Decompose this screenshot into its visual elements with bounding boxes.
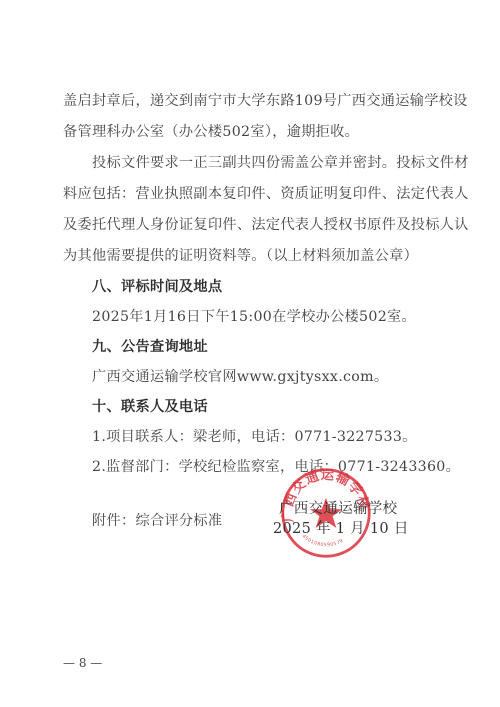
- section-heading-contact: 十、联系人及电话: [92, 398, 208, 416]
- paragraph-line: 盖启封章后，递交到南宁市大学东路109号广西交通运输学校设: [63, 92, 468, 110]
- section-heading-evaluation: 八、评标时间及地点: [92, 278, 222, 296]
- contact-project-text: 1.项目联系人：梁老师，电话：0771-3227533。: [92, 428, 417, 446]
- paragraph-line: 及委托代理人身份证复印件、法定代表人授权书原件及投标人认: [63, 216, 469, 234]
- paragraph-line: 料应包括：营业执照副本复印件、资质证明复印件、法定代表人: [63, 185, 469, 203]
- evaluation-time-text: 2025年1月16日下午15:00在学校办公楼502室。: [92, 308, 416, 326]
- paragraph-line: 备管理科办公室（办公楼502室），逾期拒收。: [63, 123, 359, 141]
- query-website-text: 广西交通运输学校官网www.gxjtysxx.com。: [92, 368, 388, 386]
- signature-organization: 广西交通运输学校: [279, 497, 397, 518]
- attachment-note: 附件：综合评分标准: [92, 512, 222, 530]
- paragraph-line: 为其他需要提供的证明资料等。（以上材料须加盖公章）: [63, 247, 418, 265]
- section-heading-query: 九、公告查询地址: [92, 338, 208, 356]
- contact-supervision-text: 2.监督部门：学校纪检监察室，电话：0771-3243360。: [92, 458, 460, 476]
- signature-date: 2025 年 1 月 10 日: [273, 517, 409, 538]
- page-number: — 8 —: [63, 656, 102, 670]
- paragraph-line: 投标文件要求一正三副共四份需盖公章并密封。投标文件材: [92, 154, 469, 172]
